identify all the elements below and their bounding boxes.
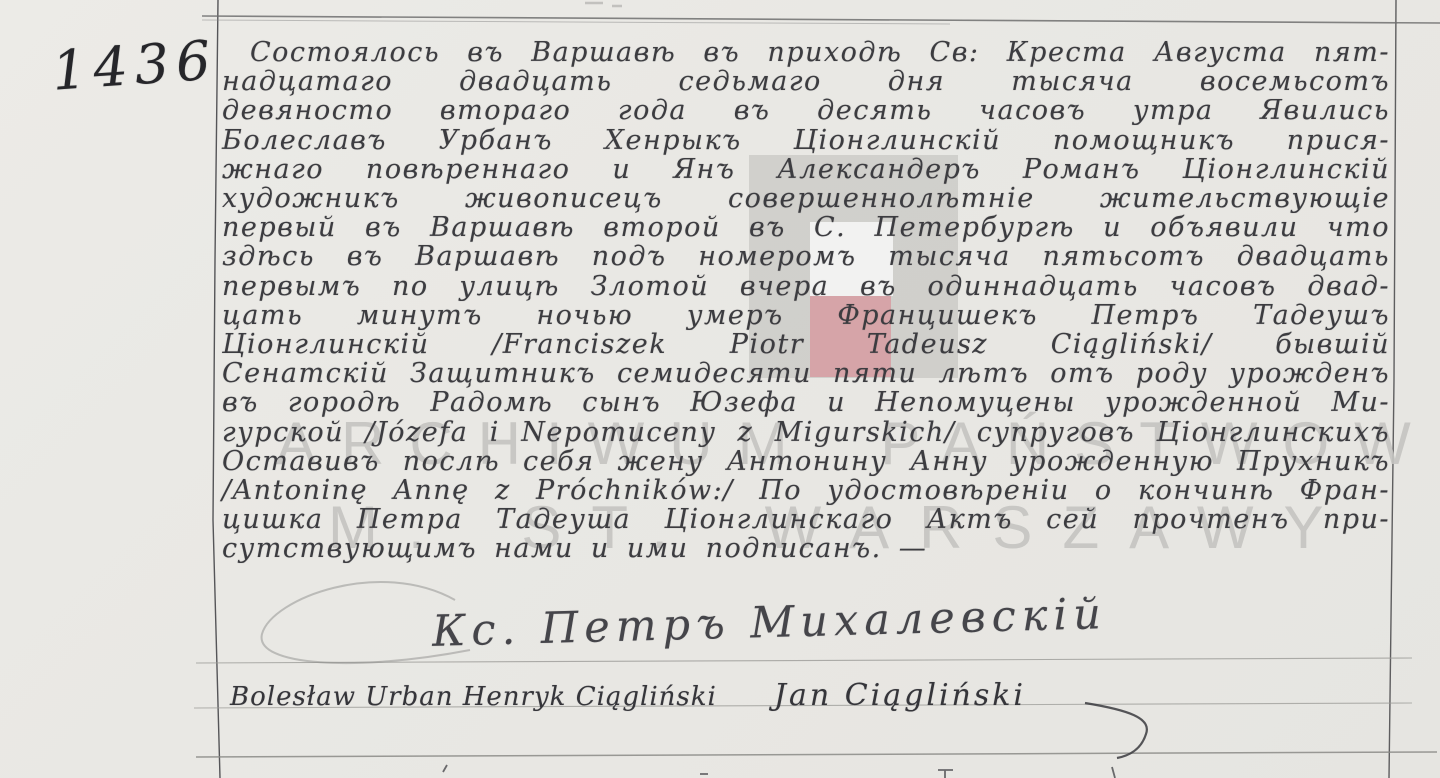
body-line: цать минутъ ночью умеръ Францишекъ Петръ… xyxy=(222,301,1390,330)
signature-rule-3 xyxy=(196,752,1437,757)
body-line: Болеславъ Урбанъ Хенрыкъ Ціонглинскій по… xyxy=(222,126,1390,155)
document-body: Состоялось въ Варшавѣ въ приходѣ Св: Кре… xyxy=(222,38,1390,564)
body-line: первый въ Варшавѣ второй въ С. Петербург… xyxy=(222,213,1390,242)
body-line: Ціонглинскій /Franciszek Piotr Tadeusz C… xyxy=(222,330,1390,359)
body-line: въ городѣ Радомѣ сынъ Юзефа и Непомуцены… xyxy=(222,388,1390,417)
priest-signature: Кс. Петръ Михалевскій xyxy=(431,589,1107,657)
scanned-death-record-page: ARCHIWUM PAŃSTWOWE M. ST. WARSZAWY 1436 … xyxy=(0,0,1440,778)
body-line: цишка Петра Тадеуша Ціонглинскаго Актъ с… xyxy=(222,505,1390,534)
left-margin-rule xyxy=(213,0,220,778)
signature-rule-1 xyxy=(196,658,1412,663)
witness-signatures: Bolesław Urban Henryk Ciągliński Jan Cią… xyxy=(230,678,1026,713)
body-line: Сенатскій Защитникъ семидесяти пяти лѣтъ… xyxy=(222,359,1390,388)
body-line: первымъ по улицѣ Злотой вчера въ одиннад… xyxy=(222,272,1390,301)
body-line: художникъ живописецъ совершеннолѣтніе жи… xyxy=(222,184,1390,213)
body-line: /Antoninę Annę z Próchników:/ По удостов… xyxy=(222,476,1390,505)
body-line: жнаго повѣреннаго и Янъ Александеръ Рома… xyxy=(222,155,1390,184)
right-margin-rule xyxy=(1389,0,1396,778)
witness-signature-2: Jan Ciągliński xyxy=(774,678,1026,713)
scan-smudge xyxy=(585,3,622,6)
body-line: здѣсь въ Варшавѣ подъ номеромъ тысяча пя… xyxy=(222,242,1390,271)
body-line: Состоялось въ Варшавѣ въ приходѣ Св: Кре… xyxy=(222,38,1390,67)
body-line: гурской /Józefa i Nepomuceny z Migurskic… xyxy=(222,418,1390,447)
record-number: 1436 xyxy=(50,28,219,102)
top-rule-shadow xyxy=(202,20,950,24)
top-rule xyxy=(202,16,1440,23)
signature-flourish-tail xyxy=(1085,703,1147,758)
body-line: Оставивъ послѣ себя жену Антонину Анну у… xyxy=(222,447,1390,476)
body-line: сутствующимъ нами и ими подписанъ. — xyxy=(222,534,1390,563)
body-line: девяносто втораго года въ десять часовъ … xyxy=(222,96,1390,125)
witness-signature-1: Bolesław Urban Henryk Ciągliński xyxy=(230,682,717,712)
cutoff-line-marks xyxy=(443,765,1115,778)
body-line: надцатаго двадцать седьмаго дня тысяча в… xyxy=(222,67,1390,96)
